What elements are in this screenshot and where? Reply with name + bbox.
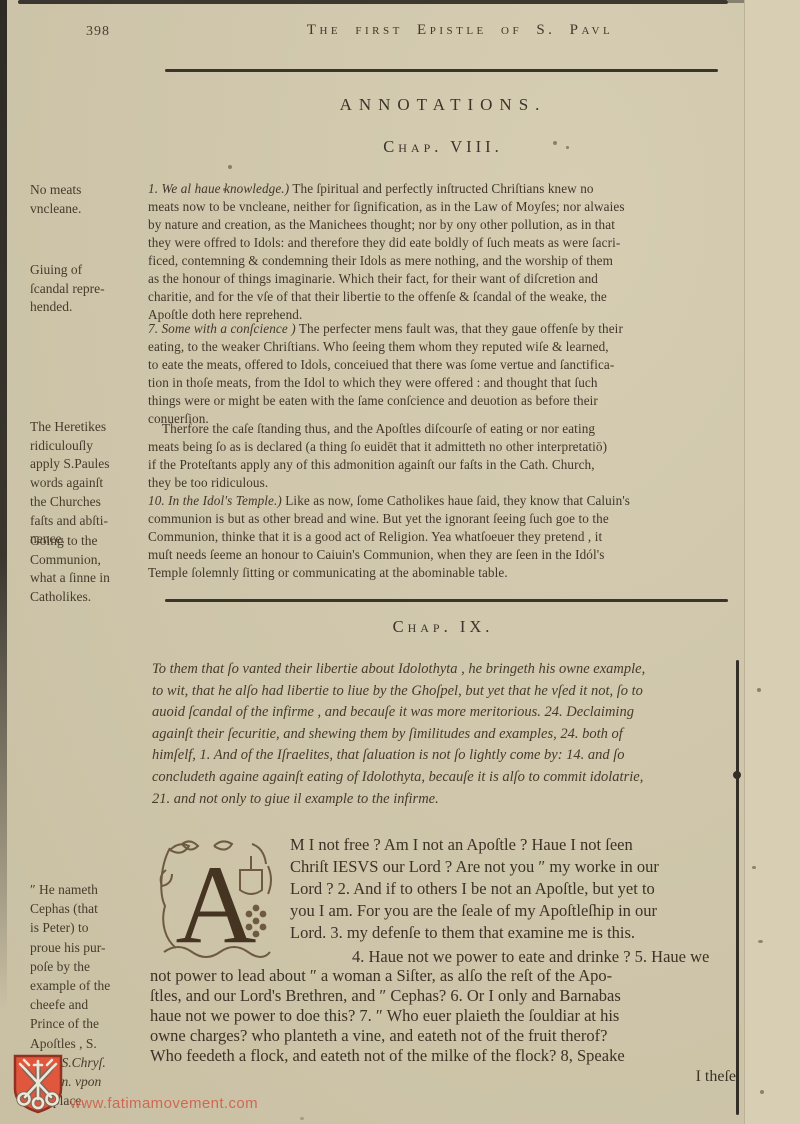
page-right-edge: [744, 0, 800, 1124]
scan-edge-left: [0, 0, 7, 1010]
margin-note-heretikes: The Heretikes ridiculouſly apply S.Paule…: [30, 418, 150, 549]
dropcap-letter: A: [176, 843, 257, 962]
ink-speck: [300, 1117, 304, 1120]
woodcut-initial-A: A: [156, 836, 278, 962]
annotation-4-lemma: 10. In the Idol's Temple.): [148, 493, 282, 508]
annotation-paragraph-2: 7. Some with a conſcience ) The perfecte…: [148, 320, 744, 428]
annotation-paragraph-1: 1. We al haue knowledge.) The ſpiritual …: [148, 180, 744, 324]
ink-speck: [228, 165, 232, 169]
margin-note-scandal: Giuing of ſcandal repre- hended.: [30, 261, 150, 317]
book-page-scan: 398 The first Epistle of S. Pavl ANNOTAT…: [0, 0, 800, 1124]
chapter-9-heading: Chap. IX.: [148, 617, 738, 637]
scan-edge-top: [18, 0, 728, 4]
margin-note-cephas-text: ″ He nameth Cephas (that is Peter) to pr…: [30, 882, 110, 1051]
ink-speck: [553, 141, 557, 145]
ink-speck: [223, 188, 226, 191]
watermark-url: www.fatimamovement.com: [70, 1095, 258, 1112]
ink-speck: [760, 1090, 764, 1094]
annotation-paragraph-4: 10. In the Idol's Temple.) Like as now, …: [148, 492, 744, 582]
margin-note-communion: Going to the Communion, what a ſinne in …: [30, 532, 150, 607]
ink-speck: [757, 688, 761, 692]
chapter-9-argument: To them that ſo vanted their libertie ab…: [152, 659, 738, 810]
section-rule: [165, 599, 728, 602]
catchword: I theſe: [540, 1068, 736, 1086]
crossed-keys-shield-icon: [12, 1053, 64, 1115]
verse-text-2: 4. Haue not we power to eate and drinke …: [352, 946, 742, 968]
chapter-8-heading: Chap. VIII.: [148, 137, 738, 157]
ink-speck: [758, 940, 763, 943]
verse-text-3: not power to lead about ″ a woman a Siſt…: [150, 966, 740, 1066]
ink-speck: [566, 146, 569, 149]
annotations-heading: ANNOTATIONS.: [148, 95, 738, 115]
page-number: 398: [86, 24, 110, 40]
header-rule: [165, 69, 718, 72]
annotation-2-lemma: 7. Some with a conſcience ): [148, 321, 296, 336]
margin-note-no-meats: No meats vncleane.: [30, 181, 150, 218]
running-title: The first Epistle of S. Pavl: [160, 22, 760, 39]
ink-blot: [733, 771, 741, 779]
woodcut-ornament: A: [156, 836, 278, 962]
ink-speck: [752, 866, 756, 869]
verse-text-1: M I not free ? Am I not an Apoſtle ? Hau…: [290, 834, 740, 944]
annotation-1-text: The ſpiritual and perfectly inſtructed C…: [148, 181, 625, 322]
annotation-paragraph-3: Therfore the caſe ſtanding thus, and the…: [148, 420, 744, 492]
annotation-2-text: The perfecter mens fault was, that they …: [148, 321, 623, 426]
annotation-1-lemma: 1. We al haue knowledge.): [148, 181, 289, 196]
